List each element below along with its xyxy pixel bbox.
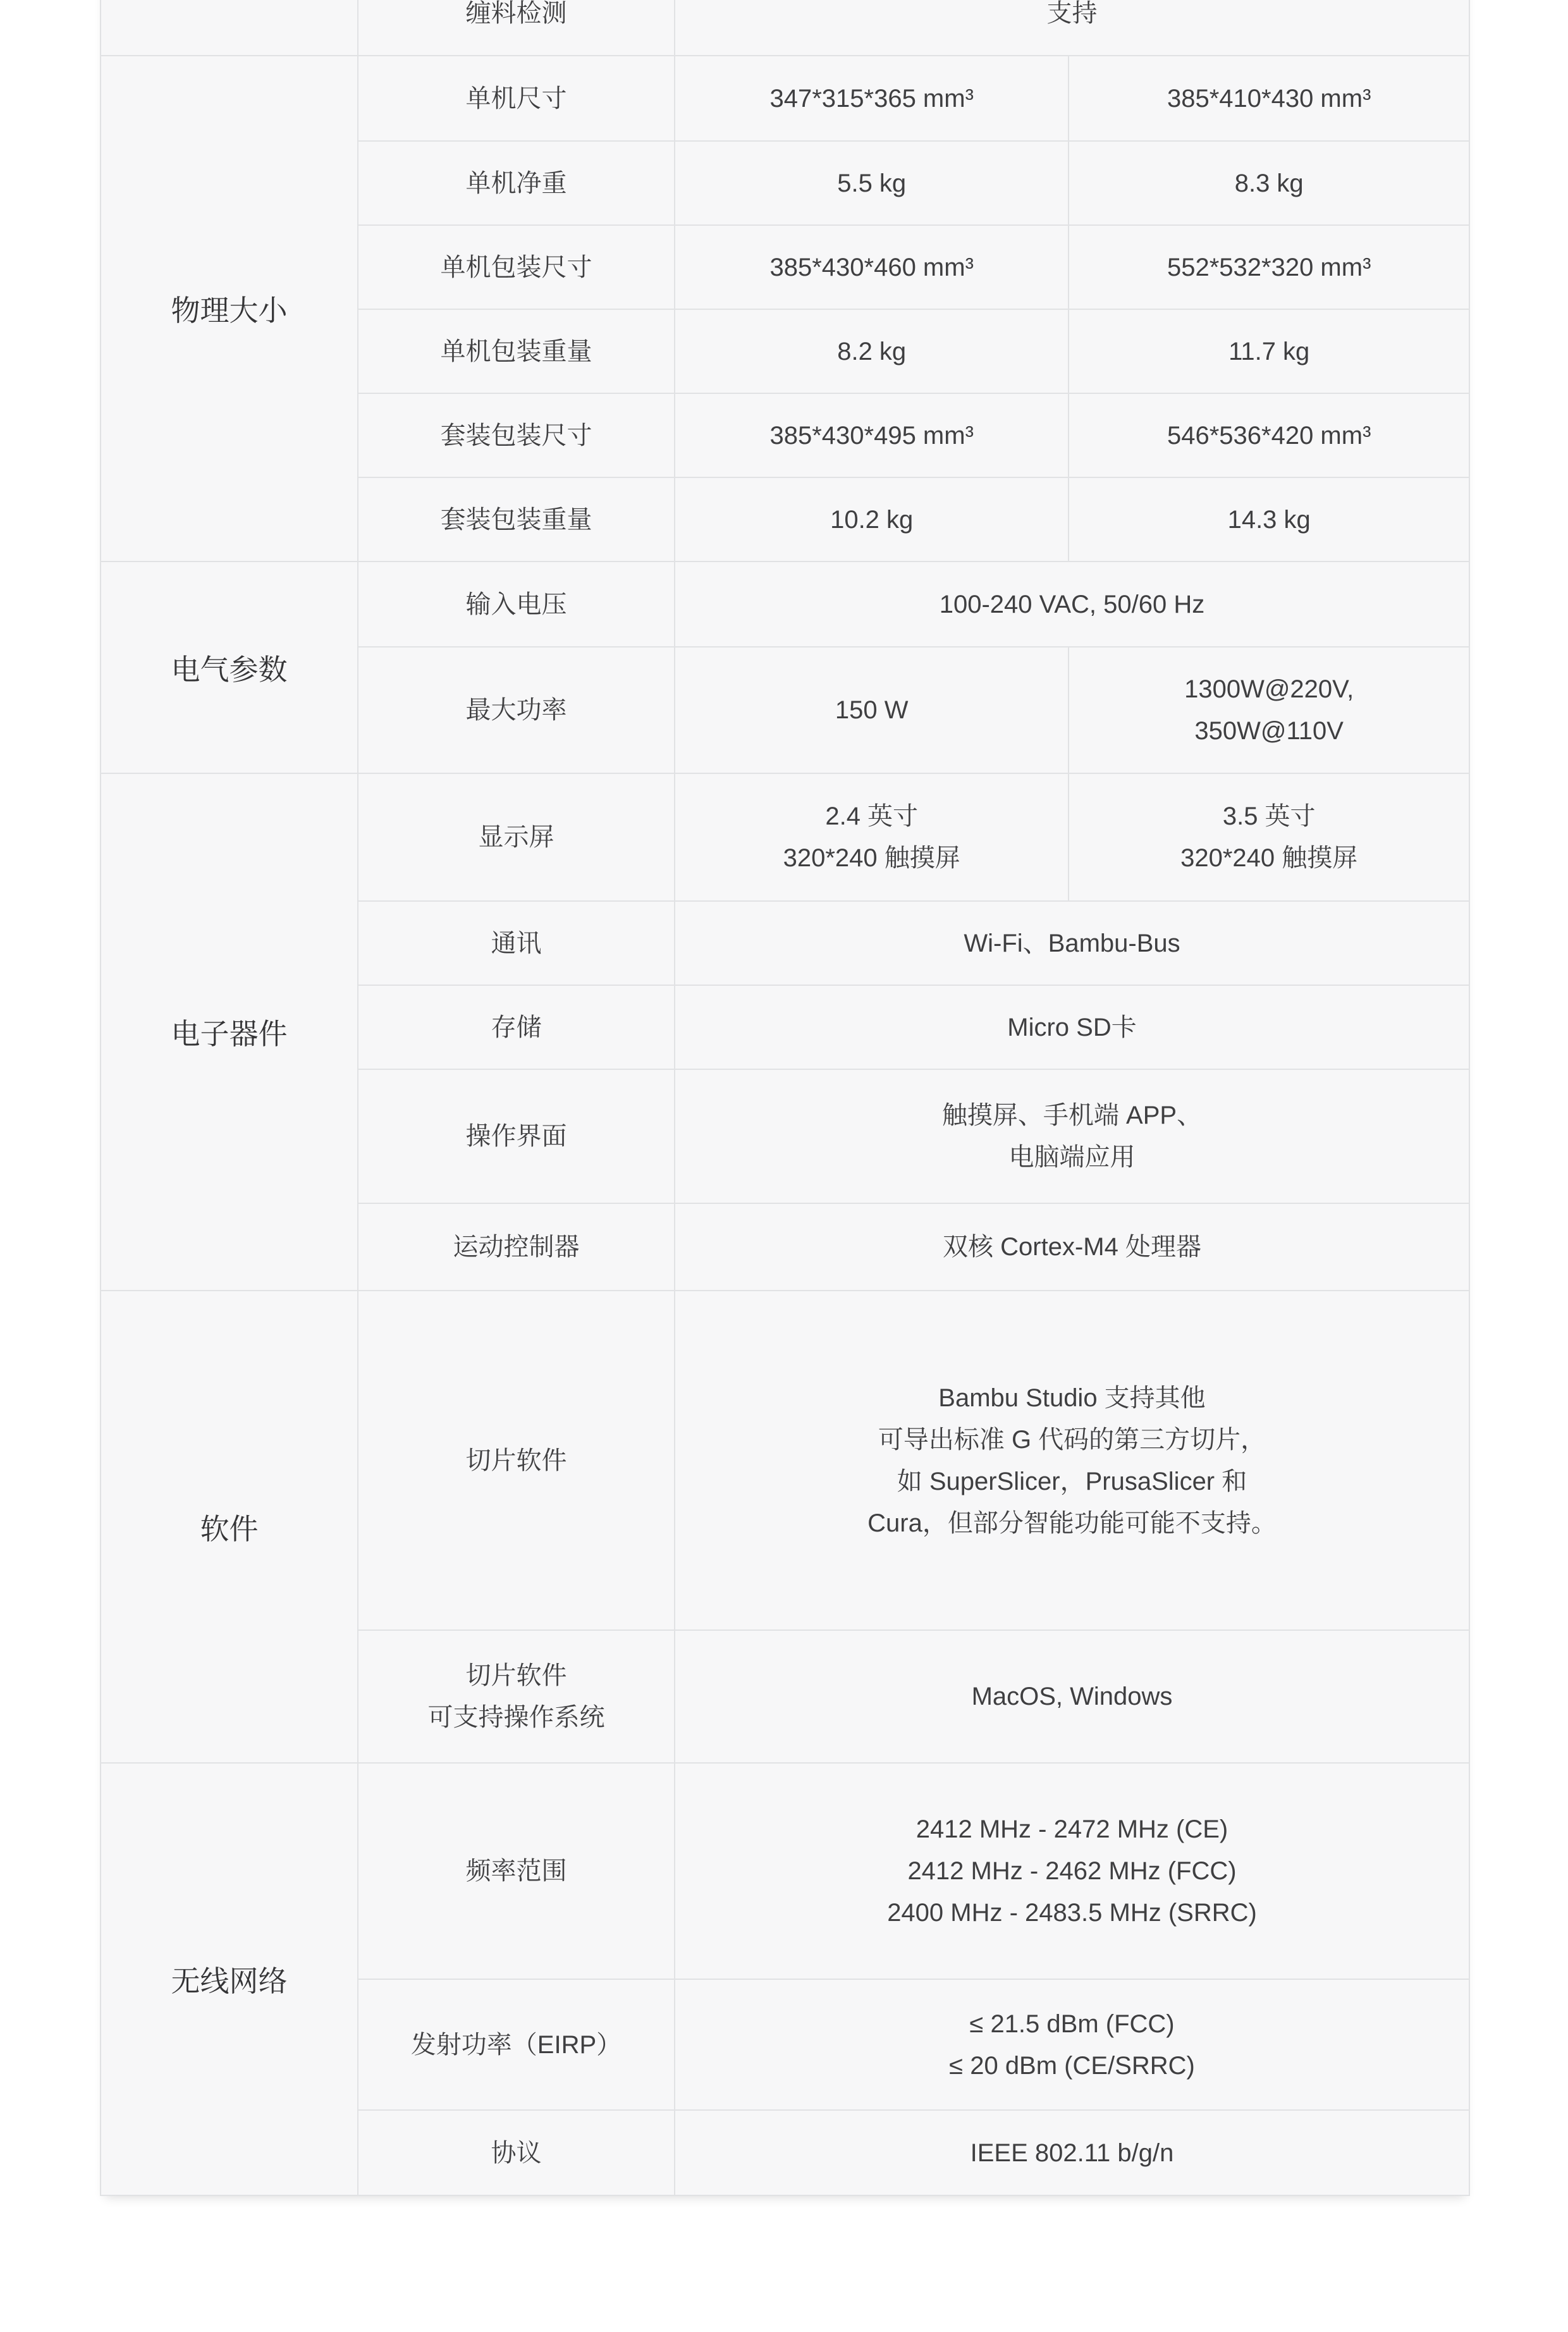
spec-values: 385*430*495 mm³546*536*420 mm³	[675, 394, 1469, 477]
spec-label: 显示屏	[358, 774, 675, 900]
spec-label: 切片软件	[358, 1291, 675, 1629]
table-row: 单机尺寸347*315*365 mm³385*410*430 mm³	[358, 56, 1469, 140]
spec-label-line: 单机包装尺寸	[441, 247, 592, 288]
table-row: 频率范围2412 MHz - 2472 MHz (CE)2412 MHz - 2…	[358, 1764, 1469, 1979]
spec-label: 单机包装尺寸	[358, 226, 675, 309]
spec-value-line: IEEE 802.11 b/g/n	[971, 2132, 1174, 2174]
spec-value-line: 8.3 kg	[1235, 163, 1304, 204]
spec-value-line: Micro SD卡	[1007, 1007, 1136, 1048]
spec-section: 缠料检测支持	[101, 0, 1469, 55]
spec-value: 552*532*320 mm³	[1068, 226, 1469, 309]
spec-value: 347*315*365 mm³	[675, 56, 1068, 140]
table-row: 切片软件Bambu Studio 支持其他可导出标准 G 代码的第三方切片，如 …	[358, 1291, 1469, 1629]
spec-label: 运动控制器	[358, 1204, 675, 1290]
spec-label: 单机包装重量	[358, 310, 675, 393]
spec-value-line: 1300W@220V,	[1184, 668, 1354, 710]
spec-values: 150 W1300W@220V,350W@110V	[675, 647, 1469, 773]
spec-label-line: 发射功率（EIRP）	[411, 2024, 622, 2066]
table-row: 缠料检测支持	[358, 0, 1469, 55]
spec-label: 发射功率（EIRP）	[358, 1980, 675, 2109]
category-cell: 软件	[101, 1291, 358, 1762]
section-rows: 缠料检测支持	[358, 0, 1469, 55]
spec-value-line: Bambu Studio 支持其他	[938, 1377, 1205, 1419]
page: 缠料检测支持物理大小单机尺寸347*315*365 mm³385*410*430…	[0, 0, 1568, 2332]
spec-label-line: 单机尺寸	[466, 78, 567, 120]
spec-label-line: 套装包装重量	[441, 499, 592, 541]
spec-section: 软件切片软件Bambu Studio 支持其他可导出标准 G 代码的第三方切片，…	[101, 1290, 1469, 1762]
spec-label-line: 显示屏	[479, 816, 554, 858]
spec-value-line: 100-240 VAC, 50/60 Hz	[940, 584, 1205, 625]
spec-value-line: 552*532*320 mm³	[1167, 247, 1371, 288]
table-row: 输入电压100-240 VAC, 50/60 Hz	[358, 562, 1469, 646]
spec-value-line: 8.2 kg	[837, 331, 906, 372]
spec-value-line: 546*536*420 mm³	[1167, 415, 1371, 457]
section-rows: 显示屏2.4 英寸320*240 触摸屏3.5 英寸320*240 触摸屏通讯W…	[358, 774, 1469, 1290]
spec-label-line: 单机包装重量	[441, 331, 592, 372]
spec-label-line: 套装包装尺寸	[441, 415, 592, 457]
spec-value: MacOS, Windows	[675, 1631, 1469, 1762]
spec-value: 1300W@220V,350W@110V	[1068, 647, 1469, 773]
spec-label-line: 通讯	[491, 923, 542, 964]
table-row: 存储Micro SD卡	[358, 985, 1469, 1069]
spec-values: 触摸屏、手机端 APP、电脑端应用	[675, 1070, 1469, 1203]
spec-value: 385*430*460 mm³	[675, 226, 1068, 309]
spec-label-line: 切片软件	[466, 1655, 567, 1697]
category-cell: 电气参数	[101, 562, 358, 773]
spec-value: ≤ 21.5 dBm (FCC)≤ 20 dBm (CE/SRRC)	[675, 1980, 1469, 2109]
spec-value-line: 可导出标准 G 代码的第三方切片，	[878, 1419, 1266, 1461]
spec-value: 2.4 英寸320*240 触摸屏	[675, 774, 1068, 900]
spec-value-line: 5.5 kg	[837, 163, 906, 204]
spec-value: Wi-Fi、Bambu-Bus	[675, 902, 1469, 985]
spec-value-line: 电脑端应用	[1009, 1136, 1136, 1178]
spec-label: 频率范围	[358, 1764, 675, 1979]
spec-value: 8.2 kg	[675, 310, 1068, 393]
spec-values: 100-240 VAC, 50/60 Hz	[675, 562, 1469, 646]
spec-value-line: Cura，但部分智能功能可能不支持。	[867, 1502, 1277, 1544]
spec-label: 单机净重	[358, 142, 675, 224]
section-rows: 输入电压100-240 VAC, 50/60 Hz最大功率150 W1300W@…	[358, 562, 1469, 773]
table-row: 发射功率（EIRP）≤ 21.5 dBm (FCC)≤ 20 dBm (CE/S…	[358, 1979, 1469, 2109]
spec-label-line: 操作界面	[466, 1115, 567, 1157]
spec-value: 支持	[675, 0, 1469, 55]
spec-value-line: 385*410*430 mm³	[1167, 78, 1371, 120]
spec-value-line: 350W@110V	[1194, 710, 1344, 752]
spec-value: 双核 Cortex-M4 处理器	[675, 1204, 1469, 1290]
spec-values: MacOS, Windows	[675, 1631, 1469, 1762]
spec-section: 物理大小单机尺寸347*315*365 mm³385*410*430 mm³单机…	[101, 55, 1469, 561]
spec-label: 套装包装尺寸	[358, 394, 675, 477]
spec-value: 100-240 VAC, 50/60 Hz	[675, 562, 1469, 646]
spec-values: ≤ 21.5 dBm (FCC)≤ 20 dBm (CE/SRRC)	[675, 1980, 1469, 2109]
spec-values: 385*430*460 mm³552*532*320 mm³	[675, 226, 1469, 309]
spec-values: Bambu Studio 支持其他可导出标准 G 代码的第三方切片，如 Supe…	[675, 1291, 1469, 1629]
spec-label-line: 切片软件	[466, 1440, 567, 1482]
spec-value: 11.7 kg	[1068, 310, 1469, 393]
spec-value-line: 11.7 kg	[1228, 331, 1309, 372]
spec-value-line: 385*430*495 mm³	[769, 415, 973, 457]
table-row: 运动控制器双核 Cortex-M4 处理器	[358, 1203, 1469, 1290]
spec-value: IEEE 802.11 b/g/n	[675, 2111, 1469, 2195]
spec-label: 最大功率	[358, 647, 675, 773]
spec-value: Bambu Studio 支持其他可导出标准 G 代码的第三方切片，如 Supe…	[675, 1291, 1469, 1629]
spec-value-line: 3.5 英寸	[1223, 795, 1316, 837]
spec-value: 10.2 kg	[675, 478, 1068, 561]
spec-values: 5.5 kg8.3 kg	[675, 142, 1469, 224]
table-row: 显示屏2.4 英寸320*240 触摸屏3.5 英寸320*240 触摸屏	[358, 774, 1469, 900]
spec-value-line: 2412 MHz - 2462 MHz (FCC)	[907, 1850, 1236, 1892]
spec-label: 通讯	[358, 902, 675, 985]
spec-label-line: 缠料检测	[466, 0, 567, 34]
spec-label: 单机尺寸	[358, 56, 675, 140]
spec-label-line: 协议	[491, 2132, 542, 2174]
table-row: 协议IEEE 802.11 b/g/n	[358, 2109, 1469, 2195]
spec-label: 操作界面	[358, 1070, 675, 1203]
spec-value-line: 320*240 触摸屏	[1180, 837, 1357, 879]
category-cell: 物理大小	[101, 56, 358, 561]
spec-value-line: 双核 Cortex-M4 处理器	[943, 1226, 1201, 1268]
spec-label-line: 可支持操作系统	[428, 1697, 605, 1738]
spec-label-line: 存储	[491, 1007, 542, 1048]
table-row: 套装包装尺寸385*430*495 mm³546*536*420 mm³	[358, 393, 1469, 477]
spec-values: 8.2 kg11.7 kg	[675, 310, 1469, 393]
table-row: 单机净重5.5 kg8.3 kg	[358, 140, 1469, 224]
spec-value-line: 320*240 触摸屏	[783, 837, 960, 879]
spec-value: 14.3 kg	[1068, 478, 1469, 561]
spec-label-line: 最大功率	[466, 689, 567, 731]
spec-label: 切片软件可支持操作系统	[358, 1631, 675, 1762]
spec-value: 385*410*430 mm³	[1068, 56, 1469, 140]
table-row: 单机包装尺寸385*430*460 mm³552*532*320 mm³	[358, 224, 1469, 309]
spec-value: 3.5 英寸320*240 触摸屏	[1068, 774, 1469, 900]
spec-value-line: 14.3 kg	[1228, 499, 1311, 541]
spec-label: 缠料检测	[358, 0, 675, 55]
spec-value: 546*536*420 mm³	[1068, 394, 1469, 477]
spec-value-line: MacOS, Windows	[972, 1676, 1173, 1717]
spec-value-line: ≤ 20 dBm (CE/SRRC)	[949, 2045, 1195, 2087]
spec-label: 存储	[358, 986, 675, 1069]
table-row: 操作界面触摸屏、手机端 APP、电脑端应用	[358, 1069, 1469, 1203]
spec-value-line: 2.4 英寸	[825, 795, 918, 837]
spec-label-line: 频率范围	[466, 1850, 567, 1892]
spec-label-line: 输入电压	[466, 584, 567, 625]
spec-label-line: 单机净重	[466, 163, 567, 204]
spec-value: 385*430*495 mm³	[675, 394, 1068, 477]
category-cell	[101, 0, 358, 55]
spec-values: 双核 Cortex-M4 处理器	[675, 1204, 1469, 1290]
section-rows: 单机尺寸347*315*365 mm³385*410*430 mm³单机净重5.…	[358, 56, 1469, 561]
spec-value-line: 150 W	[835, 689, 909, 731]
spec-section: 电气参数输入电压100-240 VAC, 50/60 Hz最大功率150 W13…	[101, 561, 1469, 773]
spec-value-line: 2400 MHz - 2483.5 MHz (SRRC)	[887, 1892, 1257, 1934]
spec-values: 347*315*365 mm³385*410*430 mm³	[675, 56, 1469, 140]
category-cell: 无线网络	[101, 1764, 358, 2195]
category-cell: 电子器件	[101, 774, 358, 1290]
spec-values: 2412 MHz - 2472 MHz (CE)2412 MHz - 2462 …	[675, 1764, 1469, 1979]
spec-label: 套装包装重量	[358, 478, 675, 561]
spec-table: 缠料检测支持物理大小单机尺寸347*315*365 mm³385*410*430…	[100, 0, 1470, 2196]
spec-value: 触摸屏、手机端 APP、电脑端应用	[675, 1070, 1469, 1203]
spec-value: Micro SD卡	[675, 986, 1469, 1069]
spec-label: 输入电压	[358, 562, 675, 646]
table-row: 套装包装重量10.2 kg14.3 kg	[358, 477, 1469, 561]
spec-value-line: 347*315*365 mm³	[769, 78, 973, 120]
spec-value-line: 支持	[1047, 0, 1098, 34]
table-row: 通讯Wi-Fi、Bambu-Bus	[358, 900, 1469, 985]
spec-section: 无线网络频率范围2412 MHz - 2472 MHz (CE)2412 MHz…	[101, 1762, 1469, 2195]
section-rows: 频率范围2412 MHz - 2472 MHz (CE)2412 MHz - 2…	[358, 1764, 1469, 2195]
spec-value-line: 2412 MHz - 2472 MHz (CE)	[916, 1808, 1228, 1850]
spec-values: 支持	[675, 0, 1469, 55]
spec-label: 协议	[358, 2111, 675, 2195]
spec-label-line: 运动控制器	[453, 1226, 580, 1268]
spec-value-line: 385*430*460 mm³	[769, 247, 973, 288]
table-row: 最大功率150 W1300W@220V,350W@110V	[358, 646, 1469, 773]
section-rows: 切片软件Bambu Studio 支持其他可导出标准 G 代码的第三方切片，如 …	[358, 1291, 1469, 1762]
table-row: 切片软件可支持操作系统MacOS, Windows	[358, 1629, 1469, 1762]
spec-values: Wi-Fi、Bambu-Bus	[675, 902, 1469, 985]
spec-value: 2412 MHz - 2472 MHz (CE)2412 MHz - 2462 …	[675, 1764, 1469, 1979]
spec-values: Micro SD卡	[675, 986, 1469, 1069]
spec-value-line: 如 SuperSlicer，PrusaSlicer 和	[897, 1461, 1247, 1502]
spec-section: 电子器件显示屏2.4 英寸320*240 触摸屏3.5 英寸320*240 触摸…	[101, 773, 1469, 1290]
spec-value: 150 W	[675, 647, 1068, 773]
spec-value-line: 10.2 kg	[830, 499, 913, 541]
spec-values: 10.2 kg14.3 kg	[675, 478, 1469, 561]
spec-value: 8.3 kg	[1068, 142, 1469, 224]
table-row: 单机包装重量8.2 kg11.7 kg	[358, 309, 1469, 393]
spec-values: 2.4 英寸320*240 触摸屏3.5 英寸320*240 触摸屏	[675, 774, 1469, 900]
spec-values: IEEE 802.11 b/g/n	[675, 2111, 1469, 2195]
spec-value-line: 触摸屏、手机端 APP、	[942, 1095, 1202, 1136]
spec-value-line: Wi-Fi、Bambu-Bus	[964, 923, 1180, 964]
spec-value: 5.5 kg	[675, 142, 1068, 224]
spec-value-line: ≤ 21.5 dBm (FCC)	[969, 2003, 1174, 2045]
